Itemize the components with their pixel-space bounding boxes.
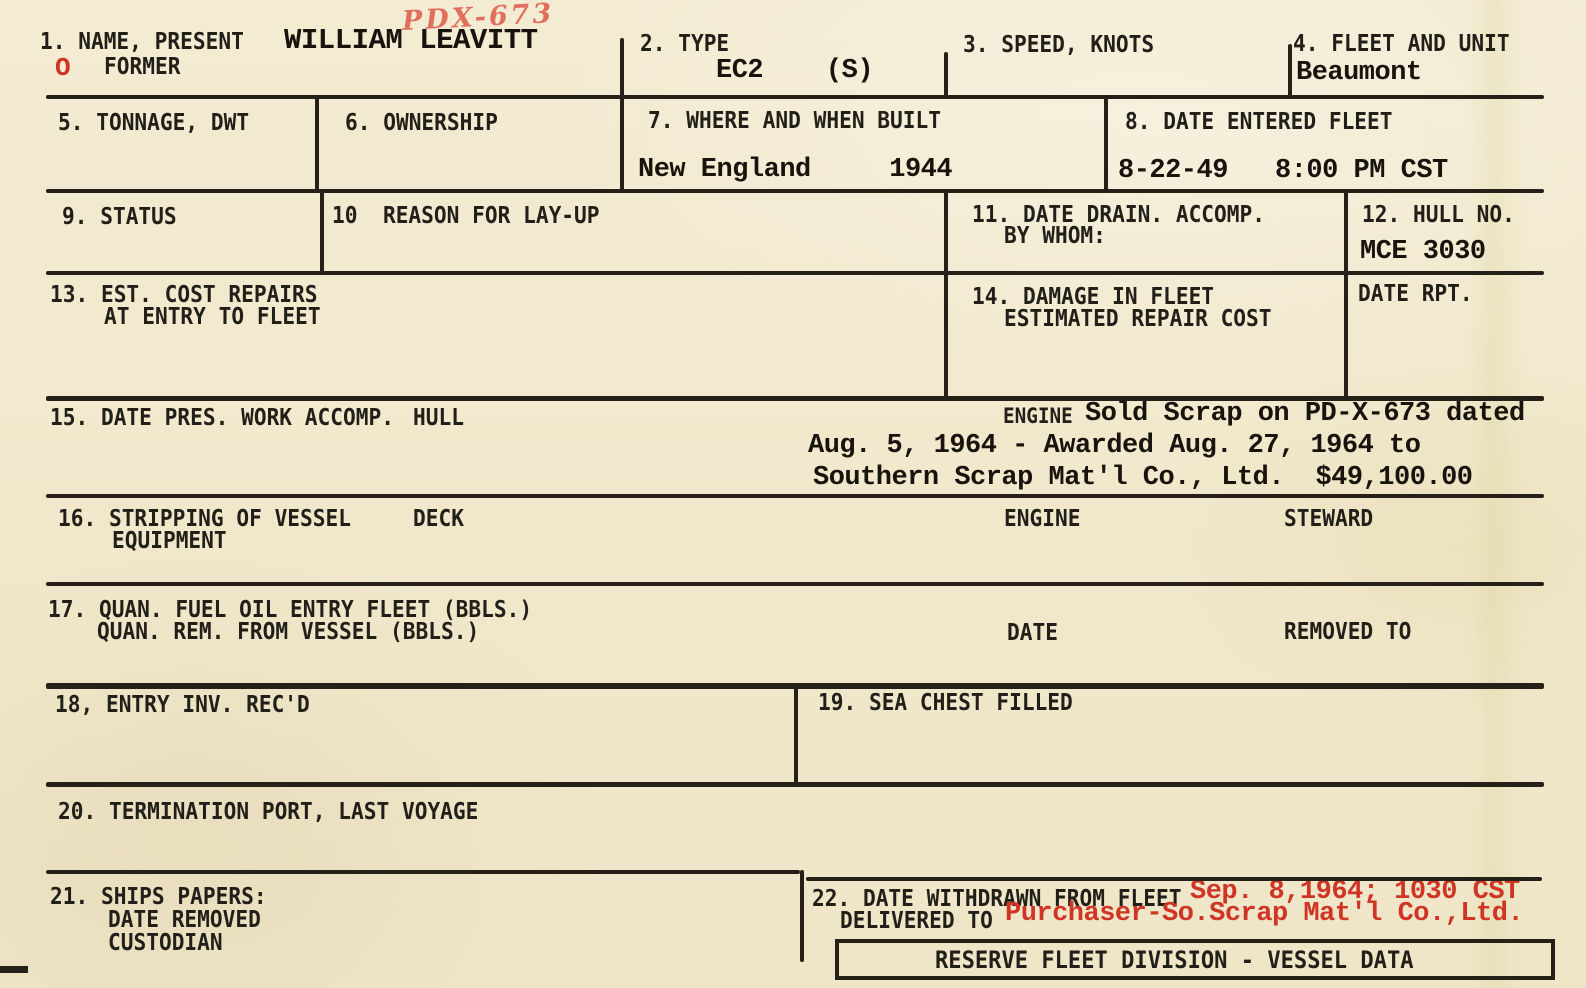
vertical-rule-7 — [320, 189, 324, 274]
vertical-rule-5 — [620, 95, 624, 193]
field-14-date-rpt-label: DATE RPT. — [1358, 283, 1473, 306]
horizontal-rule-1 — [46, 95, 1544, 99]
horizontal-rule-9 — [46, 870, 800, 874]
field-16-engine-label: ENGINE — [1004, 508, 1080, 531]
field-5-label: 5. TONNAGE, DWT — [58, 112, 249, 135]
field-15-sale-line2: Aug. 5, 1964 - Awarded Aug. 27, 1964 to — [808, 433, 1420, 460]
field-22-delivered-label: DELIVERED TO — [840, 910, 993, 933]
field-1-former-label: FORMER — [104, 56, 180, 79]
vertical-rule-9 — [1344, 189, 1348, 400]
field-2-label: 2. TYPE — [640, 33, 729, 56]
field-1-former-mark: O — [55, 55, 70, 81]
field-3-label: 3. SPEED, KNOTS — [963, 34, 1154, 57]
field-16-label2: EQUIPMENT — [112, 530, 227, 553]
vertical-rule-1 — [620, 38, 624, 98]
field-21-label: 21. SHIPS PAPERS: — [50, 886, 267, 909]
field-1-label: 1. NAME, PRESENT — [40, 31, 244, 54]
scan-edge-mark — [0, 966, 28, 973]
horizontal-rule-4 — [46, 396, 1544, 401]
banner-box: RESERVE FLEET DIVISION - VESSEL DATA — [835, 939, 1555, 980]
field-12-label: 12. HULL NO. — [1362, 204, 1515, 227]
field-8-label: 8. DATE ENTERED FLEET — [1125, 111, 1393, 134]
field-7-label: 7. WHERE AND WHEN BUILT — [648, 110, 941, 133]
field-17-label2: QUAN. REM. FROM VESSEL (BBLS.) — [97, 621, 479, 644]
field-15-label: 15. DATE PRES. WORK ACCOMP. — [50, 407, 394, 430]
horizontal-rule-10 — [806, 877, 1542, 881]
field-21-label3: CUSTODIAN — [108, 932, 223, 955]
field-11-label2: BY WHOM: — [1004, 225, 1106, 248]
field-12-value: MCE 3030 — [1360, 239, 1486, 266]
vertical-rule-6 — [1104, 95, 1108, 193]
field-15-sale-line3: Southern Scrap Mat'l Co., Ltd. $49,100.0… — [813, 465, 1473, 492]
field-1-value: WILLIAM LEAVITT — [284, 26, 538, 55]
field-13-label2: AT ENTRY TO FLEET — [104, 306, 321, 329]
field-14-label2: ESTIMATED REPAIR COST — [1004, 308, 1272, 331]
field-2-value: EC2 (S) — [716, 58, 873, 85]
field-20-label: 20. TERMINATION PORT, LAST VOYAGE — [58, 801, 478, 824]
banner-title: RESERVE FLEET DIVISION - VESSEL DATA — [935, 948, 1414, 972]
field-21-label2: DATE REMOVED — [108, 909, 261, 932]
horizontal-rule-3 — [46, 271, 1544, 275]
field-22-delivered-value: Purchaser-So.Scrap Mat'l Co.,Ltd. — [1005, 901, 1523, 928]
field-17-removed-to-label: REMOVED TO — [1284, 621, 1411, 644]
vertical-rule-10 — [794, 684, 798, 784]
field-10-label: 10 REASON FOR LAY-UP — [332, 205, 600, 228]
vessel-data-card: PDX-673 1. NAME, PRESENT FORMER O WILLIA… — [0, 0, 1586, 988]
field-7-value: New England 1944 — [638, 157, 952, 184]
vertical-rule-11 — [800, 870, 804, 962]
field-9-label: 9. STATUS — [62, 206, 177, 229]
field-8-value: 8-22-49 8:00 PM CST — [1118, 158, 1448, 185]
field-16-steward-label: STEWARD — [1284, 508, 1373, 531]
field-6-label: 6. OWNERSHIP — [345, 112, 498, 135]
field-4-value: Beaumont — [1296, 60, 1422, 87]
field-16-deck-label: DECK — [413, 508, 464, 531]
vertical-rule-4 — [315, 95, 319, 193]
field-19-label: 19. SEA CHEST FILLED — [818, 692, 1073, 715]
vertical-rule-3 — [1288, 44, 1292, 98]
field-15-hull-label: HULL — [413, 407, 464, 430]
horizontal-rule-6 — [46, 582, 1544, 586]
vertical-rule-8 — [944, 189, 948, 400]
field-15-sale-line1: Sold Scrap on PD-X-673 dated — [1085, 401, 1525, 428]
horizontal-rule-5 — [46, 494, 1544, 498]
field-4-label: 4. FLEET AND UNIT — [1293, 33, 1510, 56]
field-18-label: 18, ENTRY INV. REC'D — [55, 694, 310, 717]
vertical-rule-2 — [944, 52, 948, 98]
field-15-engine-label: ENGINE — [1003, 406, 1073, 427]
field-17-date-label: DATE — [1007, 622, 1058, 645]
horizontal-rule-2 — [46, 189, 1544, 193]
